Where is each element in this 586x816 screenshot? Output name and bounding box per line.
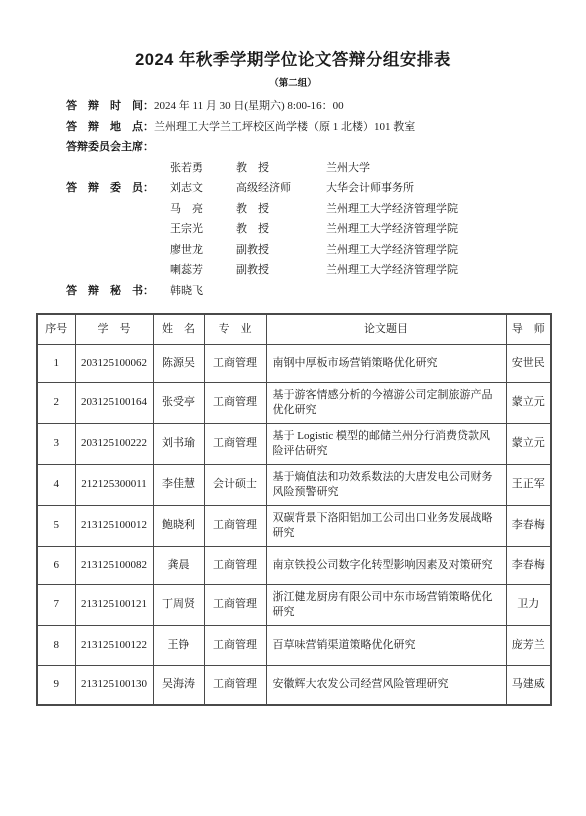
committee-members-label: 答 辩 委 员： xyxy=(66,178,170,199)
cell-major: 工商管理 xyxy=(204,665,266,705)
cell-advisor: 蒙立元 xyxy=(506,382,551,423)
cell-student-id: 213125100130 xyxy=(75,665,153,705)
cell-no: 3 xyxy=(37,423,75,464)
committee-member-name: 马 亮 xyxy=(170,199,236,220)
committee-member-name: 廖世龙 xyxy=(170,240,236,261)
cell-major: 工商管理 xyxy=(204,625,266,665)
secretary-line: 答 辩 秘 书： 韩晓飞 xyxy=(66,281,550,302)
cell-thesis: 南京铁投公司数字化转型影响因素及对策研究 xyxy=(266,546,506,584)
committee-row-label xyxy=(66,199,170,220)
column-header-name: 姓 名 xyxy=(153,314,204,344)
schedule-table: 序号 学 号 姓 名 专 业 论文题目 导 师 1 203125100062 陈… xyxy=(36,313,552,706)
cell-thesis: 浙江健龙厨房有限公司中东市场营销策略优化研究 xyxy=(266,584,506,625)
table-row: 1 203125100062 陈源吴 工商管理 南钢中厚板市场营销策略优化研究 … xyxy=(37,344,551,382)
column-header-student-id: 学 号 xyxy=(75,314,153,344)
committee-row: 王宗光 教 授 兰州理工大学经济管理学院 xyxy=(66,219,550,240)
secretary-name: 韩晓飞 xyxy=(170,281,203,302)
cell-thesis: 安徽辉大农发公司经营风险管理研究 xyxy=(266,665,506,705)
column-header-no: 序号 xyxy=(37,314,75,344)
cell-major: 会计硕士 xyxy=(204,464,266,505)
committee-row: 答 辩 委 员： 刘志文 高级经济师 大华会计师事务所 xyxy=(66,178,550,199)
table-row: 8 213125100122 王铮 工商管理 百草味营销渠道策略优化研究 庞芳兰 xyxy=(37,625,551,665)
cell-no: 5 xyxy=(37,505,75,546)
cell-name: 鲍晓利 xyxy=(153,505,204,546)
cell-thesis: 百草味营销渠道策略优化研究 xyxy=(266,625,506,665)
cell-name: 丁周贤 xyxy=(153,584,204,625)
cell-advisor: 李春梅 xyxy=(506,546,551,584)
cell-major: 工商管理 xyxy=(204,584,266,625)
committee-member-org: 兰州大学 xyxy=(326,158,550,179)
cell-advisor: 卫力 xyxy=(506,584,551,625)
committee-member-title: 副教授 xyxy=(236,240,326,261)
table-row: 5 213125100012 鲍晓利 工商管理 双碳背景下洛阳铝加工公司出口业务… xyxy=(37,505,551,546)
committee-row: 喇蕊芳 副教授 兰州理工大学经济管理学院 xyxy=(66,260,550,281)
cell-name: 刘书瑜 xyxy=(153,423,204,464)
cell-student-id: 213125100012 xyxy=(75,505,153,546)
cell-name: 陈源吴 xyxy=(153,344,204,382)
cell-name: 王铮 xyxy=(153,625,204,665)
cell-advisor: 王正军 xyxy=(506,464,551,505)
cell-no: 6 xyxy=(37,546,75,584)
cell-no: 2 xyxy=(37,382,75,423)
cell-advisor: 庞芳兰 xyxy=(506,625,551,665)
cell-thesis: 双碳背景下洛阳铝加工公司出口业务发展战略研究 xyxy=(266,505,506,546)
defense-time-line: 答 辩 时 间：2024 年 11 月 30 日(星期六) 8:00-16：00 xyxy=(66,96,550,117)
cell-thesis: 基于 Logistic 模型的邮储兰州分行消费贷款风险评估研究 xyxy=(266,423,506,464)
cell-student-id: 203125100062 xyxy=(75,344,153,382)
committee-row: 张若勇 教 授 兰州大学 xyxy=(66,158,550,179)
table-row: 7 213125100121 丁周贤 工商管理 浙江健龙厨房有限公司中东市场营销… xyxy=(37,584,551,625)
table-row: 6 213125100082 龚晨 工商管理 南京铁投公司数字化转型影响因素及对… xyxy=(37,546,551,584)
cell-name: 龚晨 xyxy=(153,546,204,584)
cell-student-id: 213125100082 xyxy=(75,546,153,584)
table-header-row: 序号 学 号 姓 名 专 业 论文题目 导 师 xyxy=(37,314,551,344)
info-block: 答 辩 时 间：2024 年 11 月 30 日(星期六) 8:00-16：00… xyxy=(66,96,550,301)
cell-advisor: 马建威 xyxy=(506,665,551,705)
cell-thesis: 基于熵值法和功效系数法的大唐发电公司财务风险预警研究 xyxy=(266,464,506,505)
committee-member-org: 大华会计师事务所 xyxy=(326,178,550,199)
cell-thesis: 南钢中厚板市场营销策略优化研究 xyxy=(266,344,506,382)
cell-student-id: 212125300011 xyxy=(75,464,153,505)
cell-student-id: 203125100164 xyxy=(75,382,153,423)
cell-major: 工商管理 xyxy=(204,382,266,423)
committee-member-title: 教 授 xyxy=(236,199,326,220)
committee-member-name: 刘志文 xyxy=(170,178,236,199)
cell-no: 9 xyxy=(37,665,75,705)
cell-student-id: 213125100121 xyxy=(75,584,153,625)
committee-member-title: 高级经济师 xyxy=(236,178,326,199)
committee-member-title: 教 授 xyxy=(236,158,326,179)
committee-member-title: 副教授 xyxy=(236,260,326,281)
committee-chair-heading: 答辩委员会主席： xyxy=(66,137,550,158)
cell-thesis: 基于游客情感分析的今禧游公司定制旅游产品优化研究 xyxy=(266,382,506,423)
defense-place-value: 兰州理工大学兰工坪校区尚学楼（原 1 北楼）101 教室 xyxy=(154,121,415,133)
defense-place-line: 答 辩 地 点：兰州理工大学兰工坪校区尚学楼（原 1 北楼）101 教室 xyxy=(66,117,550,138)
committee-row-label xyxy=(66,240,170,261)
cell-advisor: 李春梅 xyxy=(506,505,551,546)
table-row: 4 212125300011 李佳慧 会计硕士 基于熵值法和功效系数法的大唐发电… xyxy=(37,464,551,505)
table-row: 9 213125100130 吴海涛 工商管理 安徽辉大农发公司经营风险管理研究… xyxy=(37,665,551,705)
committee-member-title: 教 授 xyxy=(236,219,326,240)
table-row: 2 203125100164 张受亭 工商管理 基于游客情感分析的今禧游公司定制… xyxy=(37,382,551,423)
cell-major: 工商管理 xyxy=(204,344,266,382)
column-header-major: 专 业 xyxy=(204,314,266,344)
cell-student-id: 213125100122 xyxy=(75,625,153,665)
committee-row-label xyxy=(66,260,170,281)
cell-student-id: 203125100222 xyxy=(75,423,153,464)
document-page: 2024 年秋季学期学位论文答辩分组安排表 （第二组） 答 辩 时 间：2024… xyxy=(0,0,586,816)
committee-member-name: 张若勇 xyxy=(170,158,236,179)
page-subtitle: （第二组） xyxy=(36,77,550,90)
committee-row: 马 亮 教 授 兰州理工大学经济管理学院 xyxy=(66,199,550,220)
column-header-advisor: 导 师 xyxy=(506,314,551,344)
secretary-label: 答 辩 秘 书： xyxy=(66,281,170,302)
cell-no: 8 xyxy=(37,625,75,665)
page-title: 2024 年秋季学期学位论文答辩分组安排表 xyxy=(36,48,550,72)
cell-no: 4 xyxy=(37,464,75,505)
cell-advisor: 蒙立元 xyxy=(506,423,551,464)
cell-major: 工商管理 xyxy=(204,505,266,546)
column-header-thesis: 论文题目 xyxy=(266,314,506,344)
defense-place-label: 答 辩 地 点： xyxy=(66,121,154,133)
cell-advisor: 安世民 xyxy=(506,344,551,382)
cell-major: 工商管理 xyxy=(204,546,266,584)
cell-no: 7 xyxy=(37,584,75,625)
committee-row: 廖世龙 副教授 兰州理工大学经济管理学院 xyxy=(66,240,550,261)
committee-member-org: 兰州理工大学经济管理学院 xyxy=(326,260,550,281)
committee-member-name: 王宗光 xyxy=(170,219,236,240)
committee-row-label xyxy=(66,158,170,179)
committee-member-org: 兰州理工大学经济管理学院 xyxy=(326,219,550,240)
cell-no: 1 xyxy=(37,344,75,382)
table-row: 3 203125100222 刘书瑜 工商管理 基于 Logistic 模型的邮… xyxy=(37,423,551,464)
committee-member-name: 喇蕊芳 xyxy=(170,260,236,281)
committee-member-org: 兰州理工大学经济管理学院 xyxy=(326,240,550,261)
cell-name: 李佳慧 xyxy=(153,464,204,505)
cell-name: 吴海涛 xyxy=(153,665,204,705)
defense-time-value: 2024 年 11 月 30 日(星期六) 8:00-16：00 xyxy=(154,100,344,112)
cell-name: 张受亭 xyxy=(153,382,204,423)
committee-member-org: 兰州理工大学经济管理学院 xyxy=(326,199,550,220)
cell-major: 工商管理 xyxy=(204,423,266,464)
committee-row-label xyxy=(66,219,170,240)
defense-time-label: 答 辩 时 间： xyxy=(66,100,154,112)
